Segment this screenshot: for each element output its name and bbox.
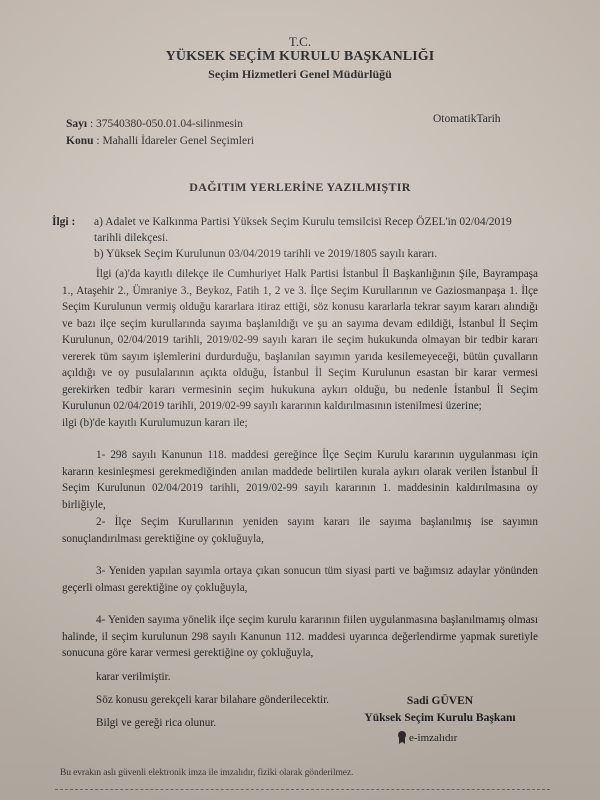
ilgi-section: İlgi : a) Adalet ve Kalkınma Partisi Yük… (52, 214, 542, 262)
document-page: T.C. YÜKSEK SEÇİM KURULU BAŞKANLIĞI Seçi… (0, 0, 600, 800)
decision-item-2: 2- İlçe Seçim Kurullarının yeniden sayım… (62, 514, 538, 547)
e-signature-label: e-imzalıdır (409, 732, 457, 744)
e-signature: e-imzalıdır (398, 731, 457, 744)
decision-item-3: 3- Yeniden yapılan sayımla ortaya çıkan … (62, 563, 538, 596)
konu-line: Konu : Mahalli İdareler Genel Seçimleri (66, 135, 254, 147)
intro-tail: ilgi (b)'de kayıtlı Kurulumuzun kararı i… (62, 415, 538, 432)
sayi-line: Sayı : 37540380-050.01.04-silinmesin (66, 118, 243, 130)
sayi-label: Sayı (66, 118, 87, 130)
ilgi-b: b) Yüksek Seçim Kurulunun 03/04/2019 tar… (94, 246, 542, 262)
seal-icon (398, 731, 406, 744)
body-intro: İlgi (a)'da kayıtlı dilekçe ile Cumhuriy… (62, 266, 538, 431)
footer-divider (55, 789, 550, 790)
ilgi-label: İlgi : (52, 214, 75, 230)
ilgi-a: a) Adalet ve Kalkınma Partisi Yüksek Seç… (94, 214, 542, 246)
intro-paragraph: İlgi (a)'da kayıtlı dilekçe ile Cumhuriy… (62, 266, 538, 415)
konu-label: Konu (66, 135, 94, 147)
footer-note: Bu evrakın aslı güvenli elektronik imza … (60, 768, 353, 778)
document-date: OtomatikTarih (433, 113, 501, 125)
konu-value: : Mahalli İdareler Genel Seçimleri (96, 135, 254, 147)
signatory-title: Yüksek Seçim Kurulu Başkanı (360, 710, 520, 727)
header-department: Seçim Hizmetleri Genel Müdürlüğü (0, 67, 600, 82)
header-tc: T.C. (0, 34, 600, 50)
decision-item-4: 4- Yeniden sayıma yönelik ilçe seçim kur… (62, 612, 538, 662)
closing-1: karar verilmiştir. (62, 666, 538, 689)
decision-item-1: 1- 298 sayılı Kanunun 118. maddesi gereğ… (62, 447, 538, 513)
signatory-name: Sadi GÜVEN (360, 693, 520, 710)
sayi-value: : 37540380-050.01.04-silinmesin (90, 118, 243, 130)
distribution-title: DAĞITIM YERLERİNE YAZILMIŞTIR (0, 180, 600, 195)
header-institution: YÜKSEK SEÇİM KURULU BAŞKANLIĞI (0, 49, 600, 65)
